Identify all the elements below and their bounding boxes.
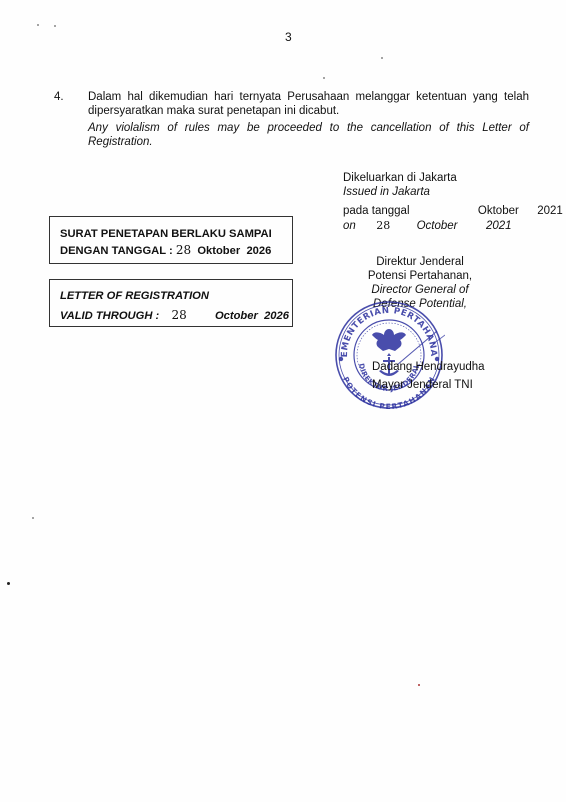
scan-speck bbox=[32, 517, 34, 519]
validity-box-indonesian: SURAT PENETAPAN BERLAKU SAMPAI DENGAN TA… bbox=[49, 216, 293, 264]
date-month-en: October bbox=[417, 220, 458, 232]
validity-year-id: 2026 bbox=[246, 245, 271, 257]
validity-line1-en: LETTER OF REGISTRATION bbox=[60, 290, 209, 302]
document-page: 3 4. Dalam hal dikemudian hari ternyata … bbox=[0, 0, 566, 802]
scan-speck bbox=[323, 77, 325, 79]
validity-month-id: Oktober bbox=[197, 245, 240, 257]
official-stamp-icon: KEMENTERIAN PERTAHANAN DIREKTUR JENDERAL… bbox=[333, 299, 445, 411]
issued-place-id: Dikeluarkan di Jakarta bbox=[343, 172, 457, 184]
date-year-en: 2021 bbox=[486, 220, 512, 232]
date-month-id: Oktober bbox=[478, 205, 519, 217]
clause-text-english: Any violalism of rules may be proceeded … bbox=[88, 121, 529, 149]
clause-number: 4. bbox=[54, 91, 64, 103]
validity-year-en: 2026 bbox=[264, 310, 289, 322]
validity-line2-id: DENGAN TANGGAL : 28 Oktober 2026 bbox=[60, 243, 271, 257]
date-label-id: pada tanggal bbox=[343, 205, 410, 217]
signatory-title-id-2: Potensi Pertahanan, bbox=[345, 269, 495, 283]
scan-speck bbox=[37, 24, 39, 26]
date-day-handwritten: 28 bbox=[376, 219, 390, 232]
validity-box-english: LETTER OF REGISTRATION VALID THROUGH : 2… bbox=[49, 279, 293, 327]
scan-speck bbox=[381, 57, 383, 59]
page-number: 3 bbox=[285, 30, 292, 44]
scan-speck bbox=[418, 684, 420, 686]
scan-speck bbox=[7, 582, 10, 585]
scan-speck bbox=[54, 25, 56, 27]
signatory-title-id-1: Direktur Jenderal bbox=[345, 255, 495, 269]
clause-text-indonesian: Dalam hal dikemudian hari ternyata Perus… bbox=[88, 90, 529, 118]
issued-place-en: Issued in Jakarta bbox=[343, 186, 430, 198]
issue-date-en: on 28 October 2021 bbox=[343, 219, 512, 232]
issue-date-id: pada tanggal Oktober 2021 bbox=[343, 205, 563, 217]
validity-day-id: 28 bbox=[176, 243, 191, 257]
validity-line1-id: SURAT PENETAPAN BERLAKU SAMPAI bbox=[60, 228, 272, 240]
validity-day-en: 28 bbox=[171, 308, 186, 322]
signatory-rank: Mayor Jenderal TNI bbox=[372, 379, 473, 391]
signatory-title-en-1: Director General of bbox=[345, 283, 495, 297]
validity-line2-en: VALID THROUGH : 28 October 2026 bbox=[60, 308, 289, 322]
validity-label-en: VALID THROUGH : bbox=[60, 310, 159, 322]
date-label-en: on bbox=[343, 220, 356, 232]
validity-month-en: October bbox=[215, 310, 258, 322]
validity-label-id: DENGAN TANGGAL : bbox=[60, 245, 173, 257]
signatory-name: Dadang Hendrayudha bbox=[372, 361, 485, 373]
date-year-id: 2021 bbox=[537, 205, 563, 217]
